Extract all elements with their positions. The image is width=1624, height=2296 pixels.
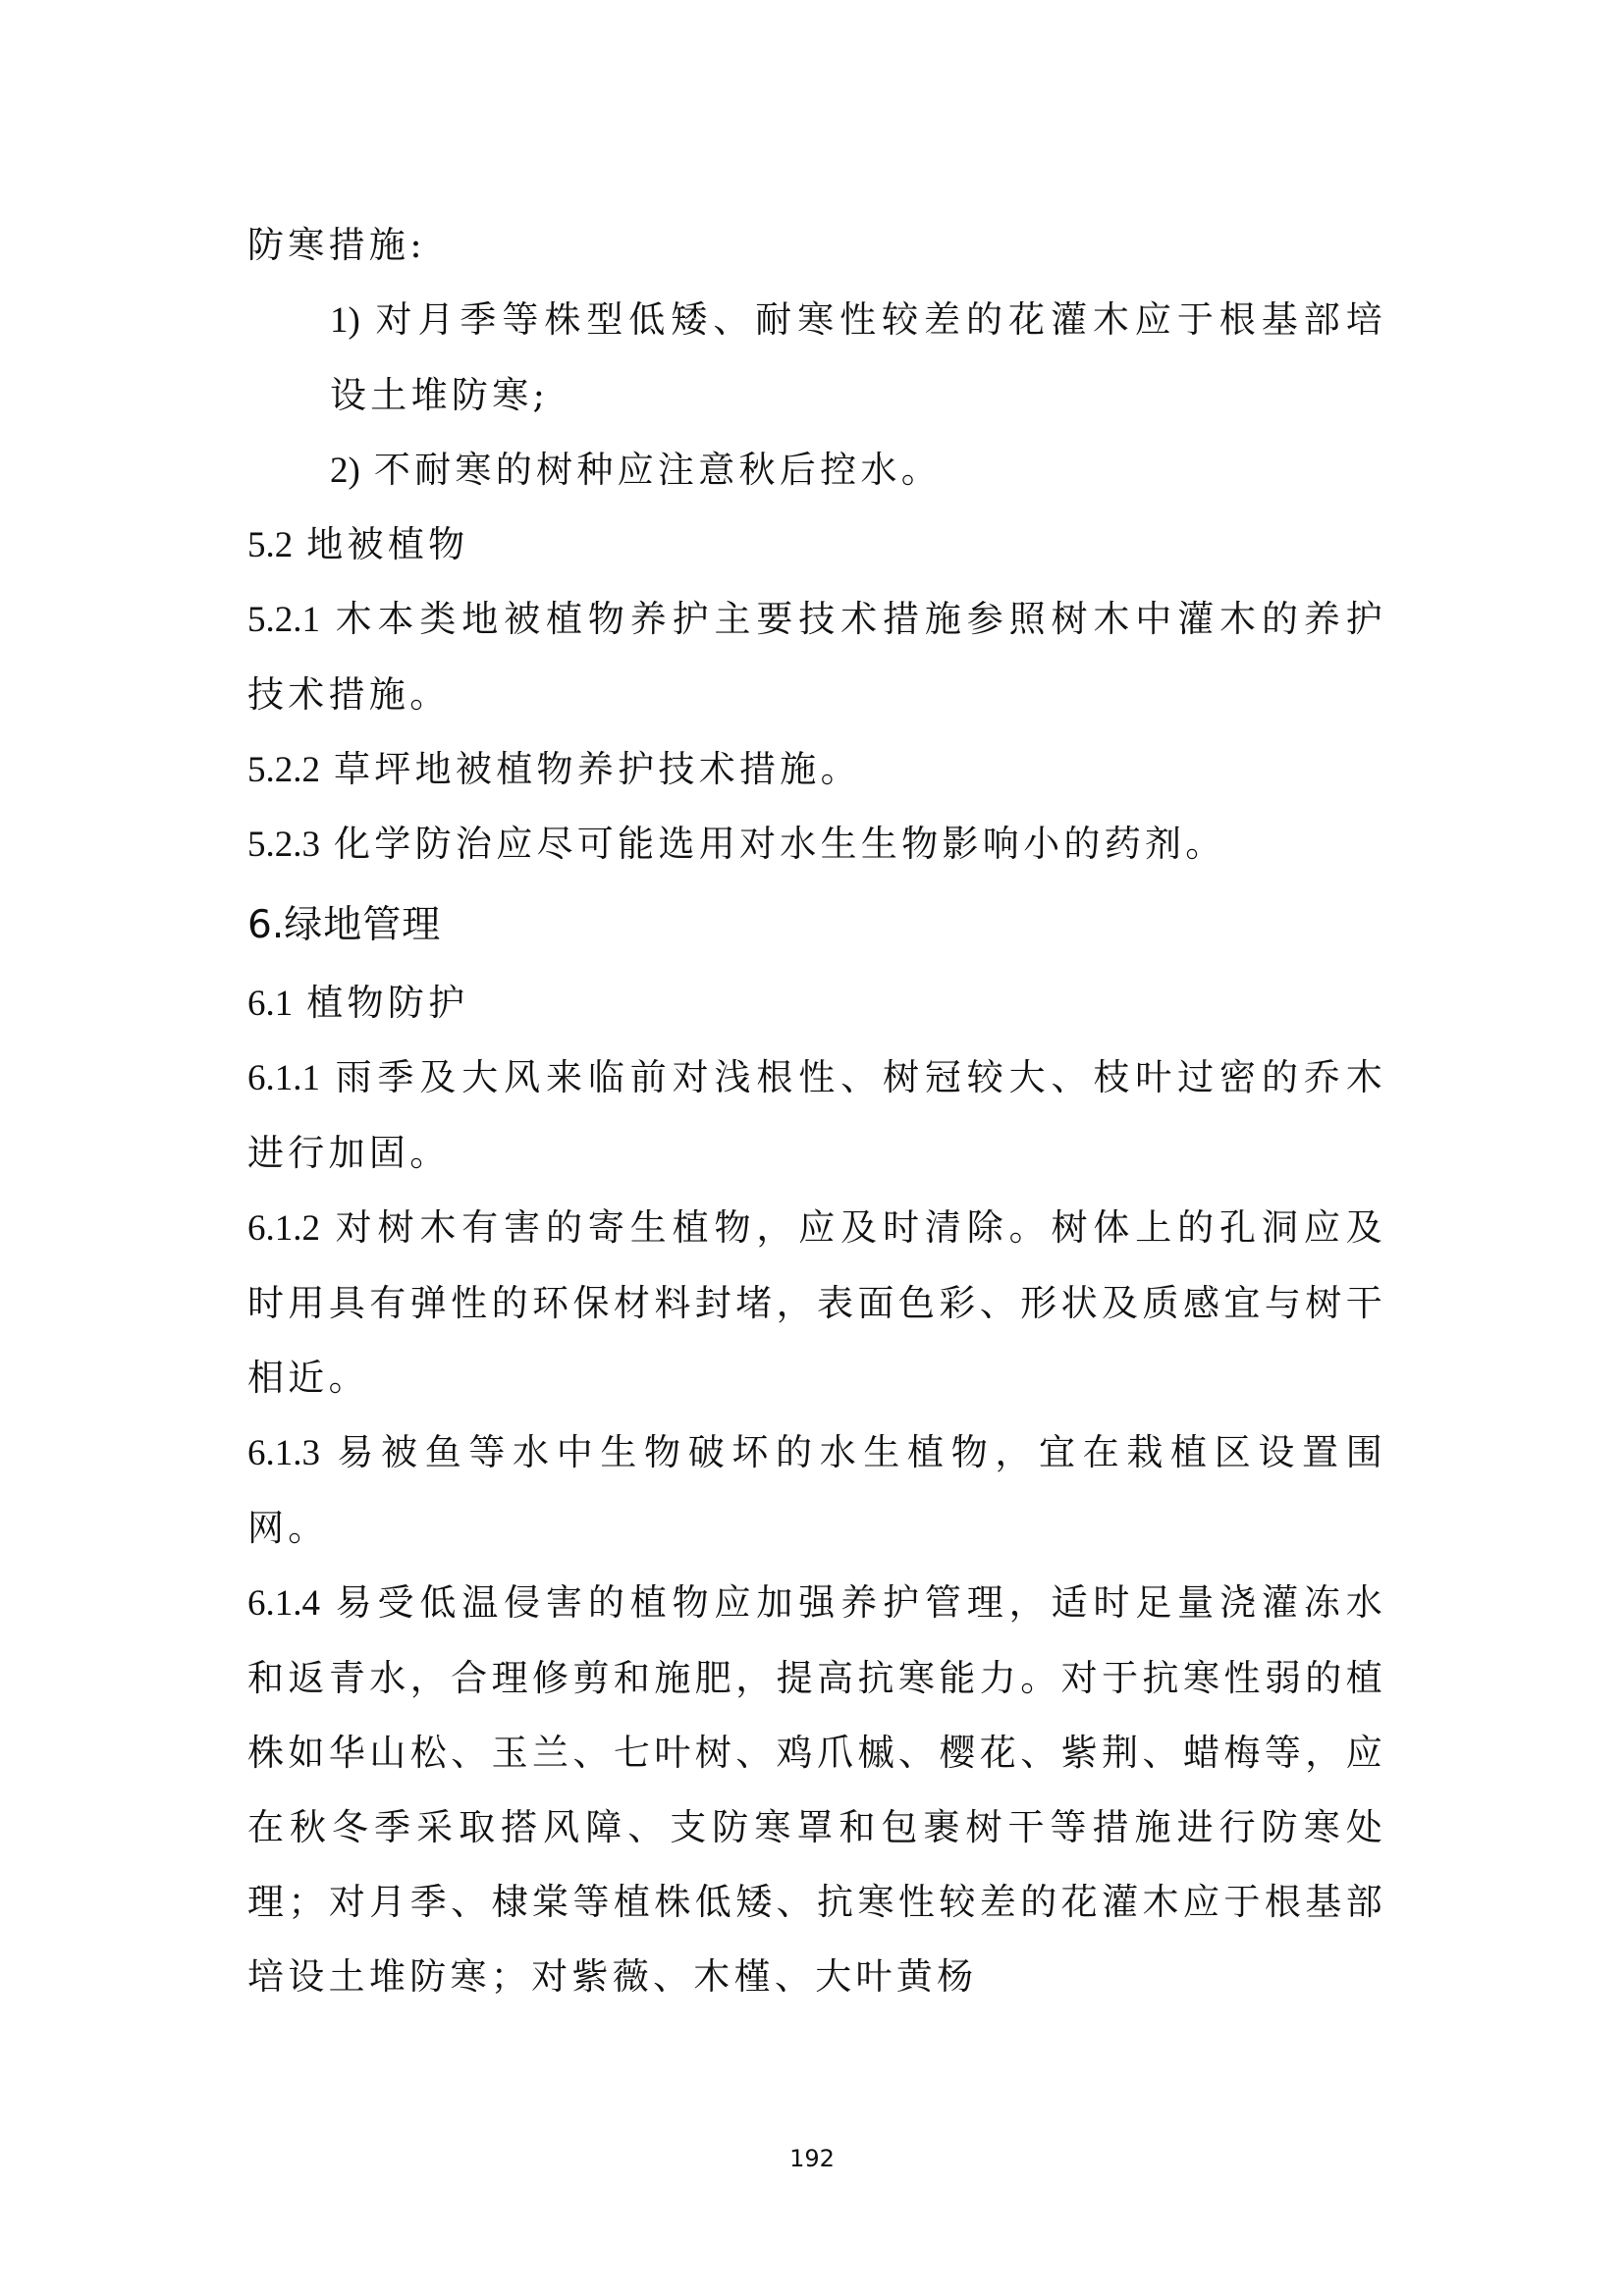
intro-item-2: 2)不耐寒的树种应注意秋后控水。 [247,433,1386,507]
clause-number: 6.1.3 [247,1433,320,1473]
clause-number: 5.2.3 [247,825,320,865]
intro-item-1: 1)对月季等株型低矮、耐寒性较差的花灌木应于根基部培设土堆防寒; [247,283,1386,433]
section-6-heading: 6.绿地管理 [247,885,1386,966]
clause-text: 雨季及大风来临前对浅根性、树冠较大、枝叶过密的乔木进行加固。 [247,1056,1386,1174]
intro-label: 防寒措施: [247,208,1386,283]
document-page: 防寒措施: 1)对月季等株型低矮、耐寒性较差的花灌木应于根基部培设土堆防寒; 2… [247,208,1386,2014]
clause-5-2-3: 5.2.3化学防治应尽可能选用对水生生物影响小的药剂。 [247,807,1386,881]
section-title: 绿地管理 [284,903,441,947]
section-6-1-heading: 6.1植物防护 [247,966,1386,1041]
clause-number: 6.1.4 [247,1583,320,1624]
clause-number: 6.1.2 [247,1208,320,1249]
clause-text: 对树木有害的寄生植物，应及时清除。树体上的孔洞应及时用具有弹性的环保材料封堵，表… [247,1206,1386,1399]
section-5-2-heading: 5.2地被植物 [247,507,1386,582]
clause-6-1-2: 6.1.2对树木有害的寄生植物，应及时清除。树体上的孔洞应及时用具有弹性的环保材… [247,1191,1386,1415]
clause-6-1-4: 6.1.4易受低温侵害的植物应加强养护管理，适时足量浇灌冻水和返青水，合理修剪和… [247,1566,1386,2014]
clause-text: 易被鱼等水中生物破坏的水生植物，宜在栽植区设置围网。 [247,1431,1386,1549]
section-title: 植物防护 [306,982,468,1024]
list-number: 2) [330,451,360,491]
clause-text: 草坪地被植物养护技术措施。 [334,748,861,790]
clause-6-1-3: 6.1.3易被鱼等水中生物破坏的水生植物，宜在栽植区设置围网。 [247,1415,1386,1566]
page-number: 192 [0,2145,1624,2172]
clause-text: 化学防治应尽可能选用对水生生物影响小的药剂。 [334,823,1226,865]
clause-5-2-2: 5.2.2草坪地被植物养护技术措施。 [247,732,1386,807]
section-number: 6. [247,903,284,947]
section-title: 地被植物 [306,523,468,565]
clause-number: 5.2.1 [247,600,320,640]
section-number: 6.1 [247,984,293,1024]
list-text: 对月季等株型低矮、耐寒性较差的花灌木应于根基部培设土堆防寒; [330,298,1386,416]
clause-text: 易受低温侵害的植物应加强养护管理，适时足量浇灌冻水和返青水，合理修剪和施肥，提高… [247,1581,1386,1998]
list-number: 1) [330,300,360,341]
clause-5-2-1: 5.2.1木本类地被植物养护主要技术措施参照树木中灌木的养护技术措施。 [247,582,1386,732]
clause-text: 木本类地被植物养护主要技术措施参照树木中灌木的养护技术措施。 [247,598,1386,716]
section-number: 5.2 [247,525,293,565]
clause-6-1-1: 6.1.1雨季及大风来临前对浅根性、树冠较大、枝叶过密的乔木进行加固。 [247,1041,1386,1191]
list-text: 不耐寒的树种应注意秋后控水。 [374,449,942,491]
clause-number: 6.1.1 [247,1058,320,1098]
clause-number: 5.2.2 [247,750,320,790]
